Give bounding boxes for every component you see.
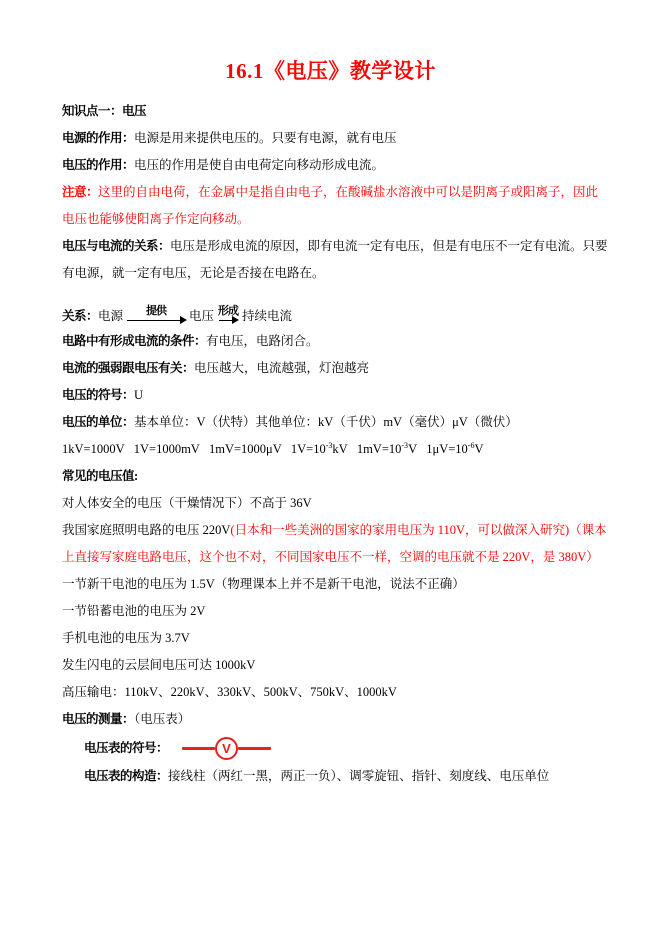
- relation-arrow-icon: 形成: [218, 305, 238, 322]
- text-run: V 1μV=10: [408, 442, 468, 456]
- paragraph: 1kV=1000V 1V=1000mV 1mV=1000μV 1V=10-3kV…: [62, 436, 609, 463]
- text-run: (日本和一些美洲的国家的家用电压为 110V，可以做深入研究): [230, 523, 569, 537]
- text-run: 电压的单位：: [62, 415, 134, 429]
- arrow-shaft: [127, 320, 185, 322]
- text-run: 一节新干电池的电压为 1.5V（物理课本上并不是新干电池，说法不正确）: [62, 577, 465, 591]
- text-run: 发生闪电的云层间电压可达 1000kV: [62, 658, 255, 672]
- text-run: 知识点一：电压: [62, 104, 146, 118]
- text-run: 关系：: [62, 308, 98, 324]
- text-run: 电压的作用是使自由电荷定向移动形成电流。: [134, 158, 384, 172]
- paragraph: 电压与电流的关系：电压是形成电流的原因，即有电流一定有电压，但是有电压不一定有电…: [62, 233, 609, 287]
- text-run: 持续电流: [242, 308, 292, 324]
- paragraph: 电压的作用：电压的作用是使自由电荷定向移动形成电流。: [62, 152, 609, 179]
- text-run: 电源是用来提供电压的。只要有电源，就有电压: [134, 131, 397, 145]
- document-page: 16.1《电压》教学设计 知识点一：电压电源的作用：电源是用来提供电压的。只要有…: [0, 0, 661, 935]
- paragraph: 电压的测量：（电压表）: [62, 706, 609, 733]
- text-run: 有电压，电路闭合。: [206, 334, 319, 348]
- text-run: 电压与电流的关系：: [62, 239, 170, 253]
- text-run: 一节铅蓄电池的电压为 2V: [62, 604, 205, 618]
- paragraph: 电路中有形成电流的条件：有电压，电路闭合。: [62, 328, 609, 355]
- voltmeter-symbol-icon: V: [182, 737, 271, 760]
- text-run: V: [474, 442, 483, 456]
- text-run: 电压表的符号：: [84, 735, 168, 762]
- paragraph: 高压输电：110kV、220kV、330kV、500kV、750kV、1000k…: [62, 679, 609, 706]
- text-run: 1kV=1000V 1V=1000mV 1mV=1000μV 1V=10: [62, 442, 326, 456]
- paragraph: 一节铅蓄电池的电压为 2V: [62, 598, 609, 625]
- paragraph: 常见的电压值:: [62, 463, 609, 490]
- text-run: 电流的强弱跟电压有关：: [62, 361, 194, 375]
- paragraph: 一节新干电池的电压为 1.5V（物理课本上并不是新干电池，说法不正确）: [62, 571, 609, 598]
- text-run: 接线柱（两红一黑，两正一负）、调零旋钮、指针、刻度线、电压单位: [168, 769, 549, 783]
- paragraph: 电源的作用：电源是用来提供电压的。只要有电源，就有电压: [62, 125, 609, 152]
- relation-arrow-label: 提供: [146, 305, 166, 317]
- paragraph: 发生闪电的云层间电压可达 1000kV: [62, 652, 609, 679]
- paragraph: 我国家庭照明电路的电压 220V(日本和一些美洲的国家的家用电压为 110V，可…: [62, 517, 609, 571]
- paragraph: 电压表的构造：接线柱（两红一黑，两正一负）、调零旋钮、指针、刻度线、电压单位: [62, 763, 609, 790]
- paragraph: 对人体安全的电压（干燥情况下）不高于 36V: [62, 490, 609, 517]
- text-run: 手机电池的电压为 3.7V: [62, 631, 190, 645]
- text-run: 电源: [98, 308, 123, 324]
- paragraph: 手机电池的电压为 3.7V: [62, 625, 609, 652]
- relation-diagram: 关系：电源提供电压形成持续电流: [62, 290, 609, 324]
- text-run: 电压的符号：: [62, 388, 134, 402]
- paragraph: 电压的符号：U: [62, 382, 609, 409]
- text-run: 常见的电压值:: [62, 469, 138, 483]
- text-run: 注意：: [62, 185, 98, 199]
- arrow-shaft: [219, 320, 237, 322]
- paragraph: 电压的单位：基本单位：V（伏特）其他单位：kV（千伏）mV（毫伏）μV（微伏）: [62, 409, 609, 436]
- text-run: 电源的作用：: [62, 131, 134, 145]
- text-run: U: [134, 388, 143, 402]
- text-run: 电路中有形成电流的条件：: [62, 334, 206, 348]
- text-run: 电压的测量：: [62, 712, 134, 726]
- text-run: 对人体安全的电压（干燥情况下）不高于 36V: [62, 496, 312, 510]
- paragraph: 电流的强弱跟电压有关：电压越大，电流越强，灯泡越亮: [62, 355, 609, 382]
- text-run: 基本单位：V（伏特）其他单位：kV（千伏）mV（毫伏）μV（微伏）: [134, 415, 518, 429]
- text-run: 电压: [189, 308, 214, 324]
- relation-arrow-icon: 提供: [127, 305, 185, 322]
- text-run: （电压表）: [134, 712, 190, 726]
- document-body: 知识点一：电压电源的作用：电源是用来提供电压的。只要有电源，就有电压电压的作用：…: [0, 98, 661, 790]
- relation-arrow-label: 形成: [218, 305, 238, 317]
- voltmeter-circle: V: [215, 737, 238, 760]
- voltmeter-symbol-row: 电压表的符号：V: [62, 733, 609, 763]
- text-run: 高压输电：110kV、220kV、330kV、500kV、750kV、1000k…: [62, 685, 397, 699]
- text-run: 电压的作用：: [62, 158, 134, 172]
- paragraph: 注意：这里的自由电荷，在金属中是指自由电子，在酸碱盐水溶液中可以是阴离子或阳离子…: [62, 179, 609, 233]
- page-title: 16.1《电压》教学设计: [0, 56, 661, 86]
- paragraph: 知识点一：电压: [62, 98, 609, 125]
- text-run: kV 1mV=10: [332, 442, 401, 456]
- text-run: 这里的自由电荷，在金属中是指自由电子，在酸碱盐水溶液中可以是阴离子或阳离子，因此…: [62, 185, 598, 226]
- text-run: 我国家庭照明电路的电压 220V: [62, 523, 230, 537]
- wire-right: [238, 747, 271, 750]
- wire-left: [182, 747, 215, 750]
- text-run: 电压表的构造：: [84, 769, 168, 783]
- text-run: 电压越大，电流越强，灯泡越亮: [194, 361, 369, 375]
